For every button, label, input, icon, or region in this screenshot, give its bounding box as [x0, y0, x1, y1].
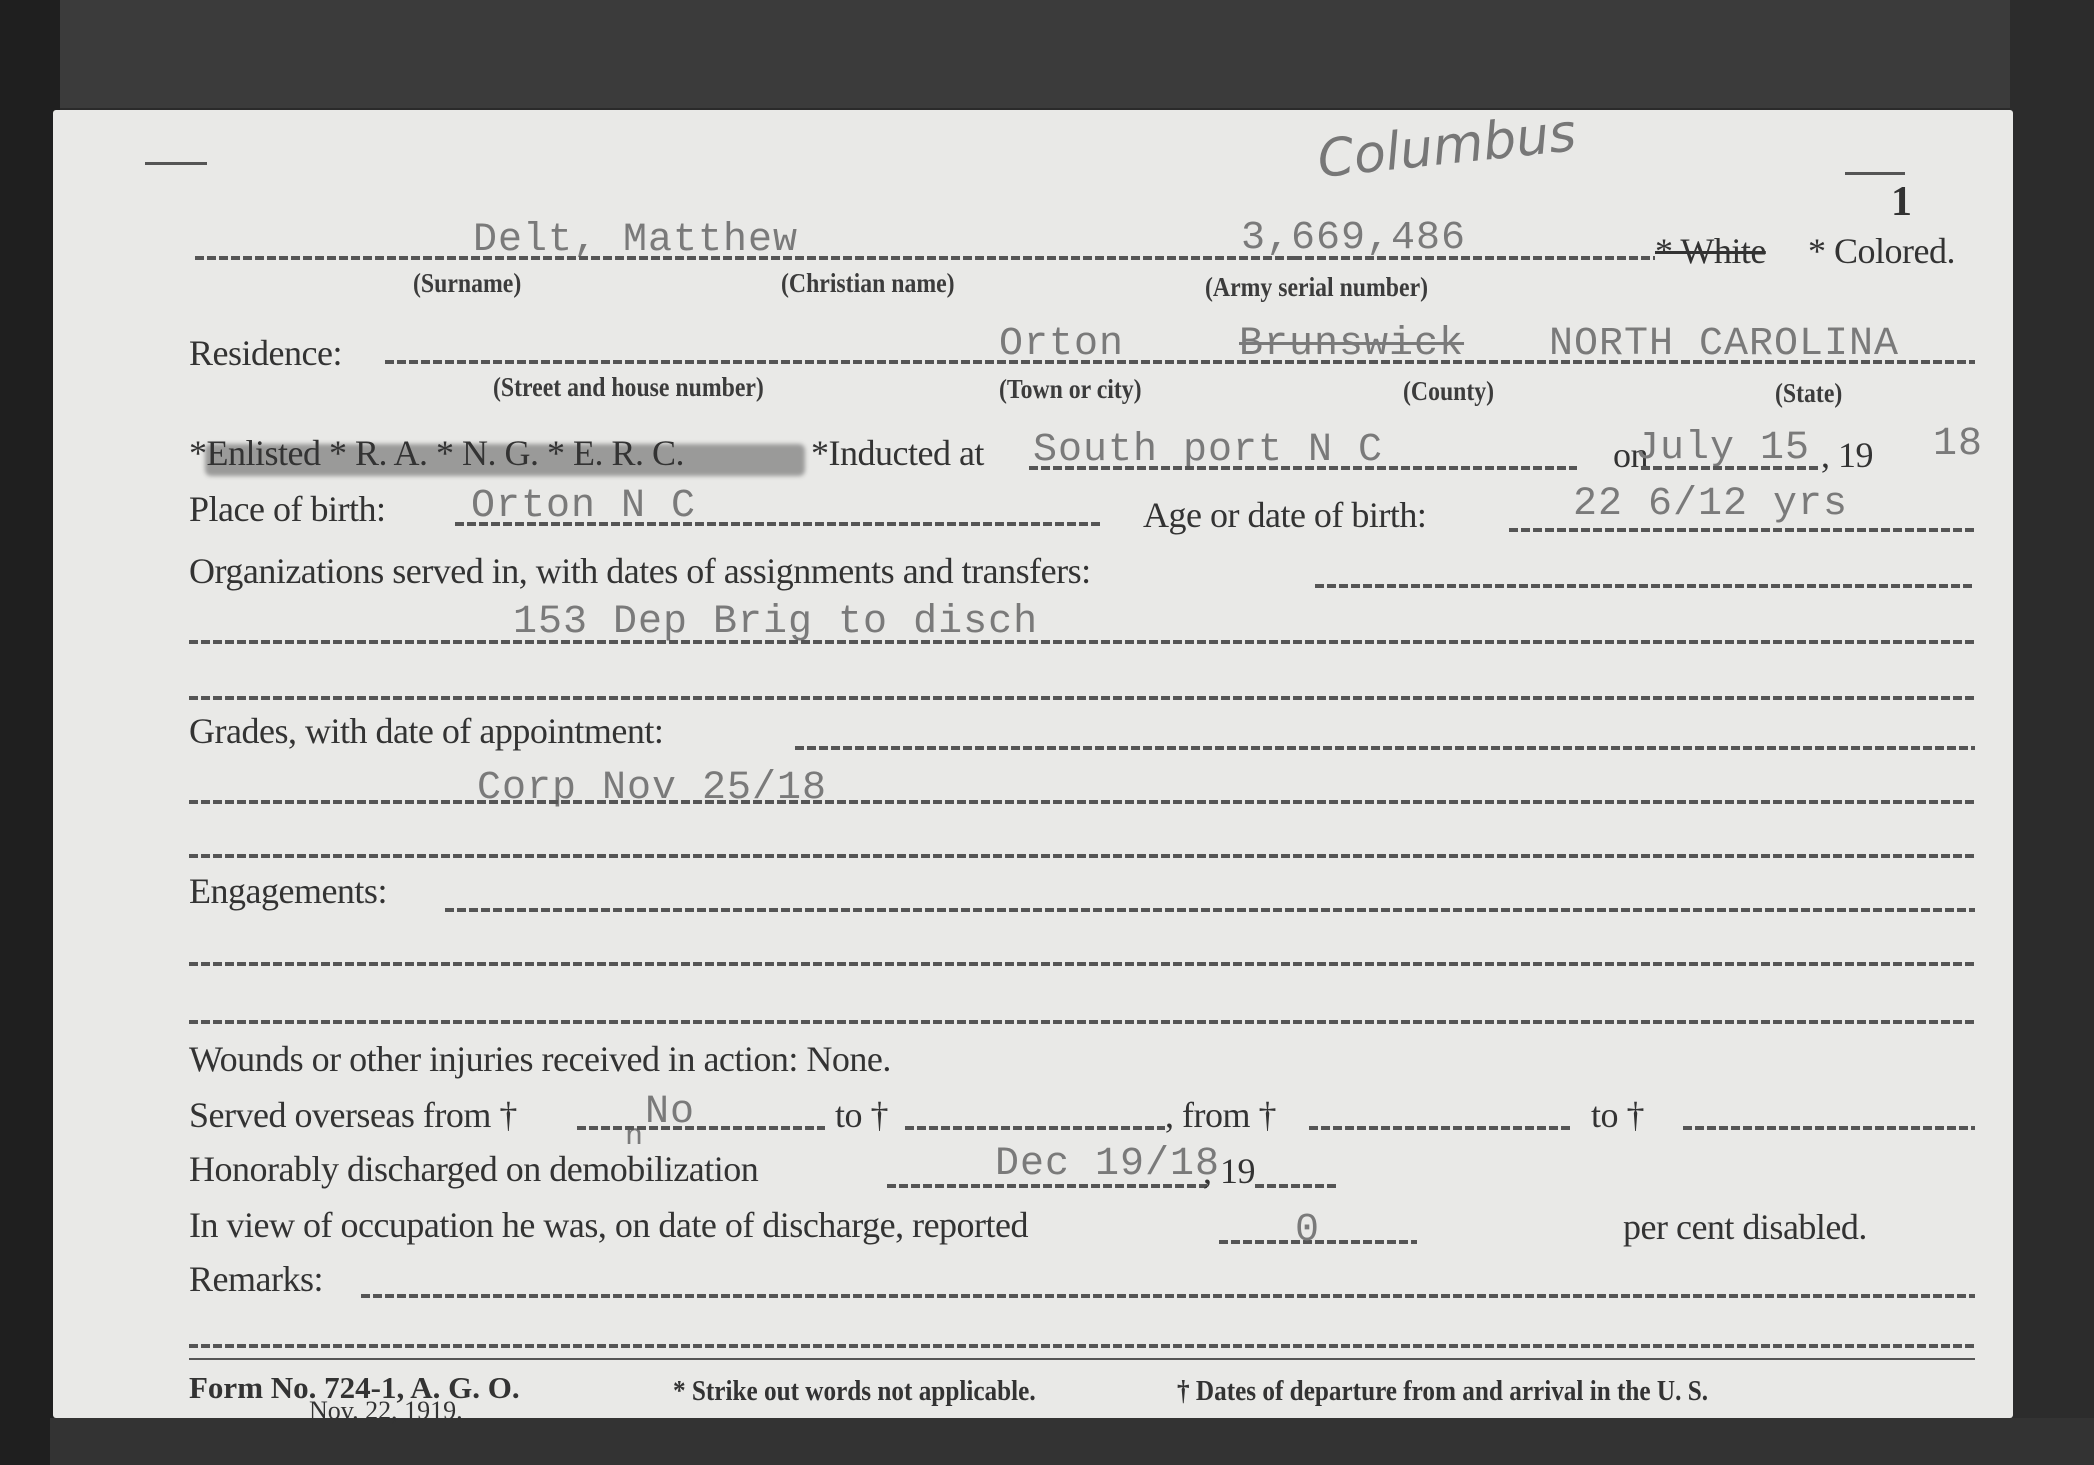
- remarks-line-2: [189, 1344, 1975, 1348]
- overseas-to-label: to †: [835, 1094, 888, 1136]
- engagements-label: Engagements:: [189, 870, 387, 912]
- scan-background-right: [2010, 0, 2094, 1465]
- overseas-to-line: [905, 1126, 1165, 1130]
- discharge-label: Honorably discharged on demobilization: [189, 1148, 758, 1190]
- handwritten-county: Columbus: [1315, 103, 1579, 190]
- christian-name-caption: (Christian name): [781, 268, 955, 299]
- card-number: 1: [1891, 178, 1912, 226]
- form-date: Nov. 22, 1919.: [309, 1396, 463, 1426]
- overseas-from-label: Served overseas from †: [189, 1094, 517, 1136]
- organizations-value: 153 Dep Brig to disch: [513, 600, 1038, 645]
- residence-state: NORTH CAROLINA: [1549, 322, 1899, 367]
- street-caption: (Street and house number): [493, 372, 764, 403]
- disability-label: In view of occupation he was, on date of…: [189, 1204, 1028, 1246]
- county-caption: (County): [1403, 376, 1494, 407]
- organizations-line-1: [1315, 584, 1975, 588]
- disability-value: 0: [1295, 1208, 1320, 1253]
- race-colored: * Colored.: [1808, 230, 1955, 272]
- overseas-from2-label: , from †: [1165, 1094, 1276, 1136]
- grades-value: Corp Nov 25/18: [477, 766, 827, 811]
- residence-county: Brunswick: [1239, 322, 1464, 367]
- inducted-label: *Inducted at: [811, 432, 984, 474]
- induction-year: 18: [1933, 422, 1983, 467]
- residence-town: Orton: [999, 322, 1124, 367]
- serial-line: [1293, 256, 1655, 260]
- engagements-line-3: [189, 1020, 1975, 1024]
- inducted-place-line: [1029, 466, 1577, 470]
- grades-line-3: [189, 854, 1975, 858]
- discharge-date: Dec 19/18: [995, 1142, 1220, 1187]
- induction-date-line: [1641, 466, 1821, 470]
- service-record-card: Columbus 1 Delt, Matthew 3,669,486 * Whi…: [53, 110, 2013, 1418]
- footer-rule: [189, 1358, 1975, 1360]
- wounds-label: Wounds or other injuries received in act…: [189, 1038, 891, 1080]
- scan-background-left: [0, 0, 60, 1465]
- age-line: [1509, 528, 1975, 532]
- strike-out-note: * Strike out words not applicable.: [673, 1376, 1036, 1408]
- organizations-label: Organizations served in, with dates of a…: [189, 550, 1091, 592]
- serial-caption: (Army serial number): [1205, 272, 1428, 303]
- discharge-year-line: [1255, 1184, 1339, 1188]
- discharge-year-label: , 19: [1203, 1150, 1255, 1192]
- top-left-mark: [145, 162, 207, 165]
- organizations-line-2: [189, 640, 1975, 644]
- age-value: 22 6/12 yrs: [1573, 482, 1848, 527]
- age-label: Age or date of birth:: [1143, 494, 1426, 536]
- grades-line-1: [795, 746, 1975, 750]
- overseas-from-line: [577, 1126, 825, 1130]
- engagements-line-2: [189, 962, 1975, 966]
- induction-date: July 15: [1635, 426, 1810, 471]
- engagements-line-1: [445, 908, 1975, 912]
- grades-line-2: [189, 800, 1975, 804]
- birthplace-line: [455, 522, 1103, 526]
- remarks-label: Remarks:: [189, 1258, 323, 1300]
- organizations-line-3: [189, 696, 1975, 700]
- remarks-line-1: [361, 1294, 1975, 1298]
- enlistment-options: *Enlisted * R. A. * N. G. * E. R. C.: [189, 432, 684, 474]
- year-prefix: , 19: [1821, 434, 1873, 476]
- town-caption: (Town or city): [999, 374, 1142, 405]
- scan-background-top: [60, 0, 2010, 108]
- race-white: * White: [1655, 230, 1766, 272]
- grades-label: Grades, with date of appointment:: [189, 710, 663, 752]
- surname-caption: (Surname): [413, 268, 521, 299]
- overseas-from2-line: [1309, 1126, 1573, 1130]
- serial-value: 3,669,486: [1241, 216, 1466, 261]
- state-caption: (State): [1775, 378, 1842, 409]
- overseas-to2-line: [1683, 1126, 1975, 1130]
- name-line: [195, 256, 1293, 260]
- disability-suffix: per cent disabled.: [1623, 1206, 1867, 1248]
- overseas-to2-label: to †: [1591, 1094, 1644, 1136]
- birthplace-label: Place of birth:: [189, 488, 385, 530]
- top-right-mark: [1845, 172, 1905, 175]
- discharge-line: [887, 1184, 1207, 1188]
- dagger-note: † Dates of departure from and arrival in…: [1177, 1376, 1708, 1408]
- residence-label: Residence:: [189, 332, 342, 374]
